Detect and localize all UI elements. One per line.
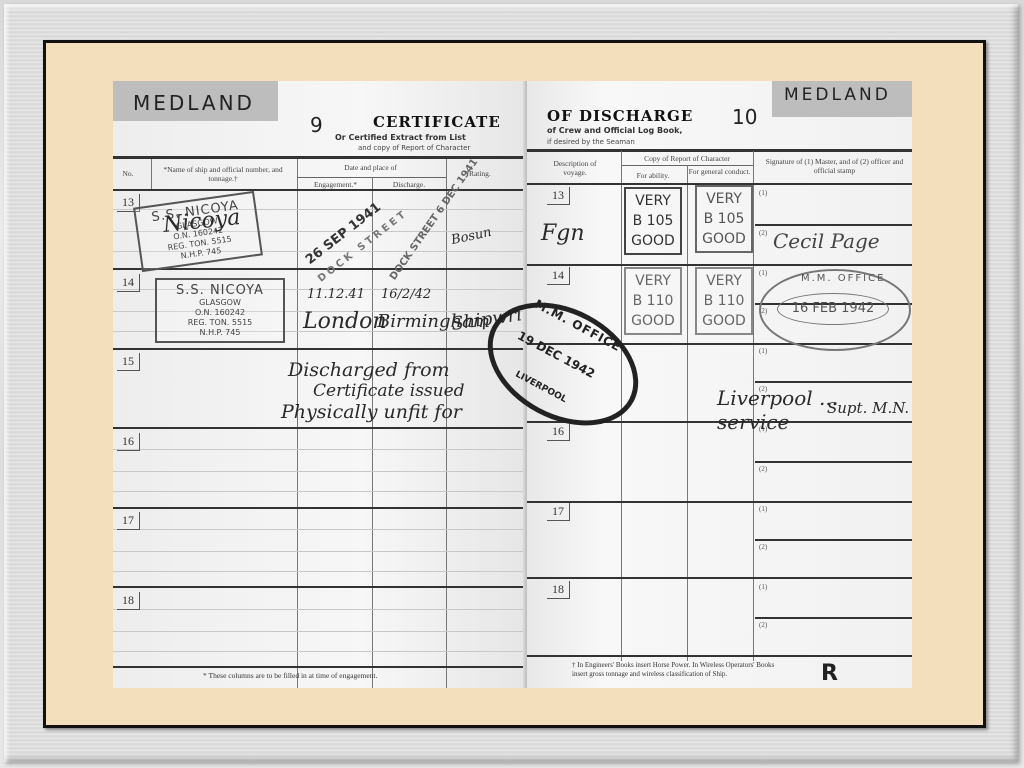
footer-rule: [527, 655, 912, 657]
row-number: 14: [117, 274, 140, 292]
header-rule: [113, 156, 527, 159]
sig-label-1: (1): [759, 189, 767, 197]
row-rule: [113, 507, 527, 509]
col-ability: For ability.: [622, 171, 684, 180]
ledger-line: [113, 529, 527, 530]
row-rule: [113, 189, 527, 191]
row-number: 15: [117, 353, 140, 371]
footer-rule: [118, 666, 523, 668]
engagement-date-row14: 11.12.41: [307, 287, 365, 302]
right-subtitle-2: if desired by the Seaman: [547, 138, 635, 146]
header-rule: [527, 149, 912, 152]
page-number-right: 10: [732, 105, 757, 129]
ledger-line: [113, 571, 527, 572]
col-report: Copy of Report of Character: [622, 154, 752, 163]
ledger-line: [113, 551, 527, 552]
row-number: 17: [547, 503, 570, 521]
stamp-line: GOOD: [626, 311, 680, 331]
stamp-official-number: O.N. 160242: [161, 308, 279, 318]
stamp-line: VERY: [697, 189, 751, 209]
stamp-nhp: N.H.P. 745: [161, 328, 279, 338]
sig-label-1: (1): [759, 269, 767, 277]
row-number: 16: [117, 433, 140, 451]
left-footnote: * These columns are to be filled in at t…: [203, 671, 377, 680]
row-number: 17: [117, 512, 140, 530]
sig-label-1: (1): [759, 347, 767, 355]
col-conduct: For general conduct.: [687, 167, 752, 176]
remark-line-1: Discharged from: [288, 359, 450, 381]
conduct-stamp-row14: VERY B 110 GOOD: [695, 267, 753, 335]
corner-mark: R: [821, 661, 838, 686]
stamp-line: B 110: [697, 291, 751, 311]
voyage-row13: Fgn: [541, 221, 585, 246]
superintendent-signature: Supt. M.N.: [827, 399, 909, 417]
row-rule: [113, 348, 527, 350]
stamp-office: M.M. OFFICE: [801, 273, 885, 284]
sig-label-2: (2): [759, 543, 767, 551]
col-divider: [687, 165, 688, 661]
stamp-line: GOOD: [697, 311, 751, 331]
ledger-line: [113, 449, 527, 450]
engagement-place-row14: London: [303, 309, 387, 334]
row-rule: [113, 586, 527, 588]
col-divider: [372, 177, 373, 688]
right-subtitle-1: of Crew and Official Log Book,: [547, 126, 682, 135]
col-divider: [151, 159, 152, 191]
row-rule: [527, 501, 912, 503]
ability-stamp-row13: VERY B 105 GOOD: [624, 187, 682, 255]
sig-rule: [755, 381, 912, 383]
remark-line-2: Certificate issued: [313, 381, 465, 401]
row-rule: [527, 264, 912, 266]
ledger-line: [113, 471, 527, 472]
right-title: OF DISCHARGE: [547, 107, 693, 125]
ship-stamp-row14: S.S. NICOYA GLASGOW O.N. 160242 REG. TON…: [155, 278, 285, 343]
ledger-line: [113, 651, 527, 652]
page-number-left: 9: [310, 113, 323, 137]
ability-stamp-row14: VERY B 110 GOOD: [624, 267, 682, 335]
left-title: CERTIFICATE: [373, 113, 501, 131]
stamp-line: B 110: [626, 291, 680, 311]
stamp-line: VERY: [626, 271, 680, 291]
row-number: 16: [547, 423, 570, 441]
sig-label-2: (2): [759, 465, 767, 473]
stamp-line: GOOD: [697, 229, 751, 249]
left-page: MEDLAND 9 CERTIFICATE Or Certified Extra…: [113, 81, 527, 688]
row-rule: [113, 427, 527, 429]
ledger-line: [113, 609, 527, 610]
rating-row13: Bosun: [450, 225, 493, 248]
right-footnote: † In Engineers' Books insert Horse Power…: [572, 661, 782, 679]
col-no: No.: [118, 169, 138, 178]
stamp-line: VERY: [626, 191, 680, 211]
surname-tab-left: MEDLAND: [113, 81, 278, 121]
ledger-line: [113, 491, 527, 492]
sig-rule: [755, 539, 912, 541]
stamp-port: GLASGOW: [161, 298, 279, 308]
sig-rule: [755, 224, 912, 226]
left-subtitle-1: Or Certified Extract from List: [335, 133, 466, 142]
row-number: 18: [547, 581, 570, 599]
col-engagement: Engagement.*: [298, 180, 373, 189]
row-number: 14: [547, 267, 570, 285]
stamp-line: B 105: [626, 211, 680, 231]
sig-label-2: (2): [759, 229, 767, 237]
sig-label-2: (2): [759, 621, 767, 629]
remark-line-3: Physically unfit for: [281, 401, 462, 423]
oval-stamp-bottom: LIVERPOOL: [513, 370, 568, 405]
row-number: 18: [117, 592, 140, 610]
stamp-date: 16 FEB 1942: [777, 293, 889, 325]
surname-tab-right: MEDLAND: [772, 81, 912, 117]
stamp-ship-name: S.S. NICOYA: [161, 283, 279, 298]
stamp-line: GOOD: [626, 231, 680, 251]
stamp-line: VERY: [697, 271, 751, 291]
row-number: 13: [547, 187, 570, 205]
left-subtitle-2: and copy of Report of Character: [358, 144, 470, 152]
sig-rule: [755, 461, 912, 463]
col-signature: Signature of (1) Master, and of (2) offi…: [757, 157, 912, 175]
ledger-line: [113, 631, 527, 632]
discharge-date-row14: 16/2/42: [381, 287, 431, 302]
col-voyage: Description of voyage.: [545, 159, 605, 177]
col-dates: Date and place of: [298, 163, 443, 172]
conduct-stamp-row13: VERY B 105 GOOD: [695, 185, 753, 253]
signature-row13: Cecil Page: [773, 229, 880, 253]
col-ship: *Name of ship and official number, and t…: [163, 165, 283, 183]
mm-office-stamp-feb: M.M. OFFICE 16 FEB 1942: [759, 269, 911, 351]
row-rule: [113, 268, 527, 270]
sig-label-1: (1): [759, 583, 767, 591]
stamp-reg-tonnage: REG. TON. 5515: [161, 318, 279, 328]
row-rule: [527, 577, 912, 579]
col-discharge: Discharge.: [375, 180, 443, 189]
sig-rule: [755, 617, 912, 619]
document-scan: MEDLAND 9 CERTIFICATE Or Certified Extra…: [113, 81, 912, 688]
sig-label-1: (1): [759, 505, 767, 513]
stamp-line: B 105: [697, 209, 751, 229]
